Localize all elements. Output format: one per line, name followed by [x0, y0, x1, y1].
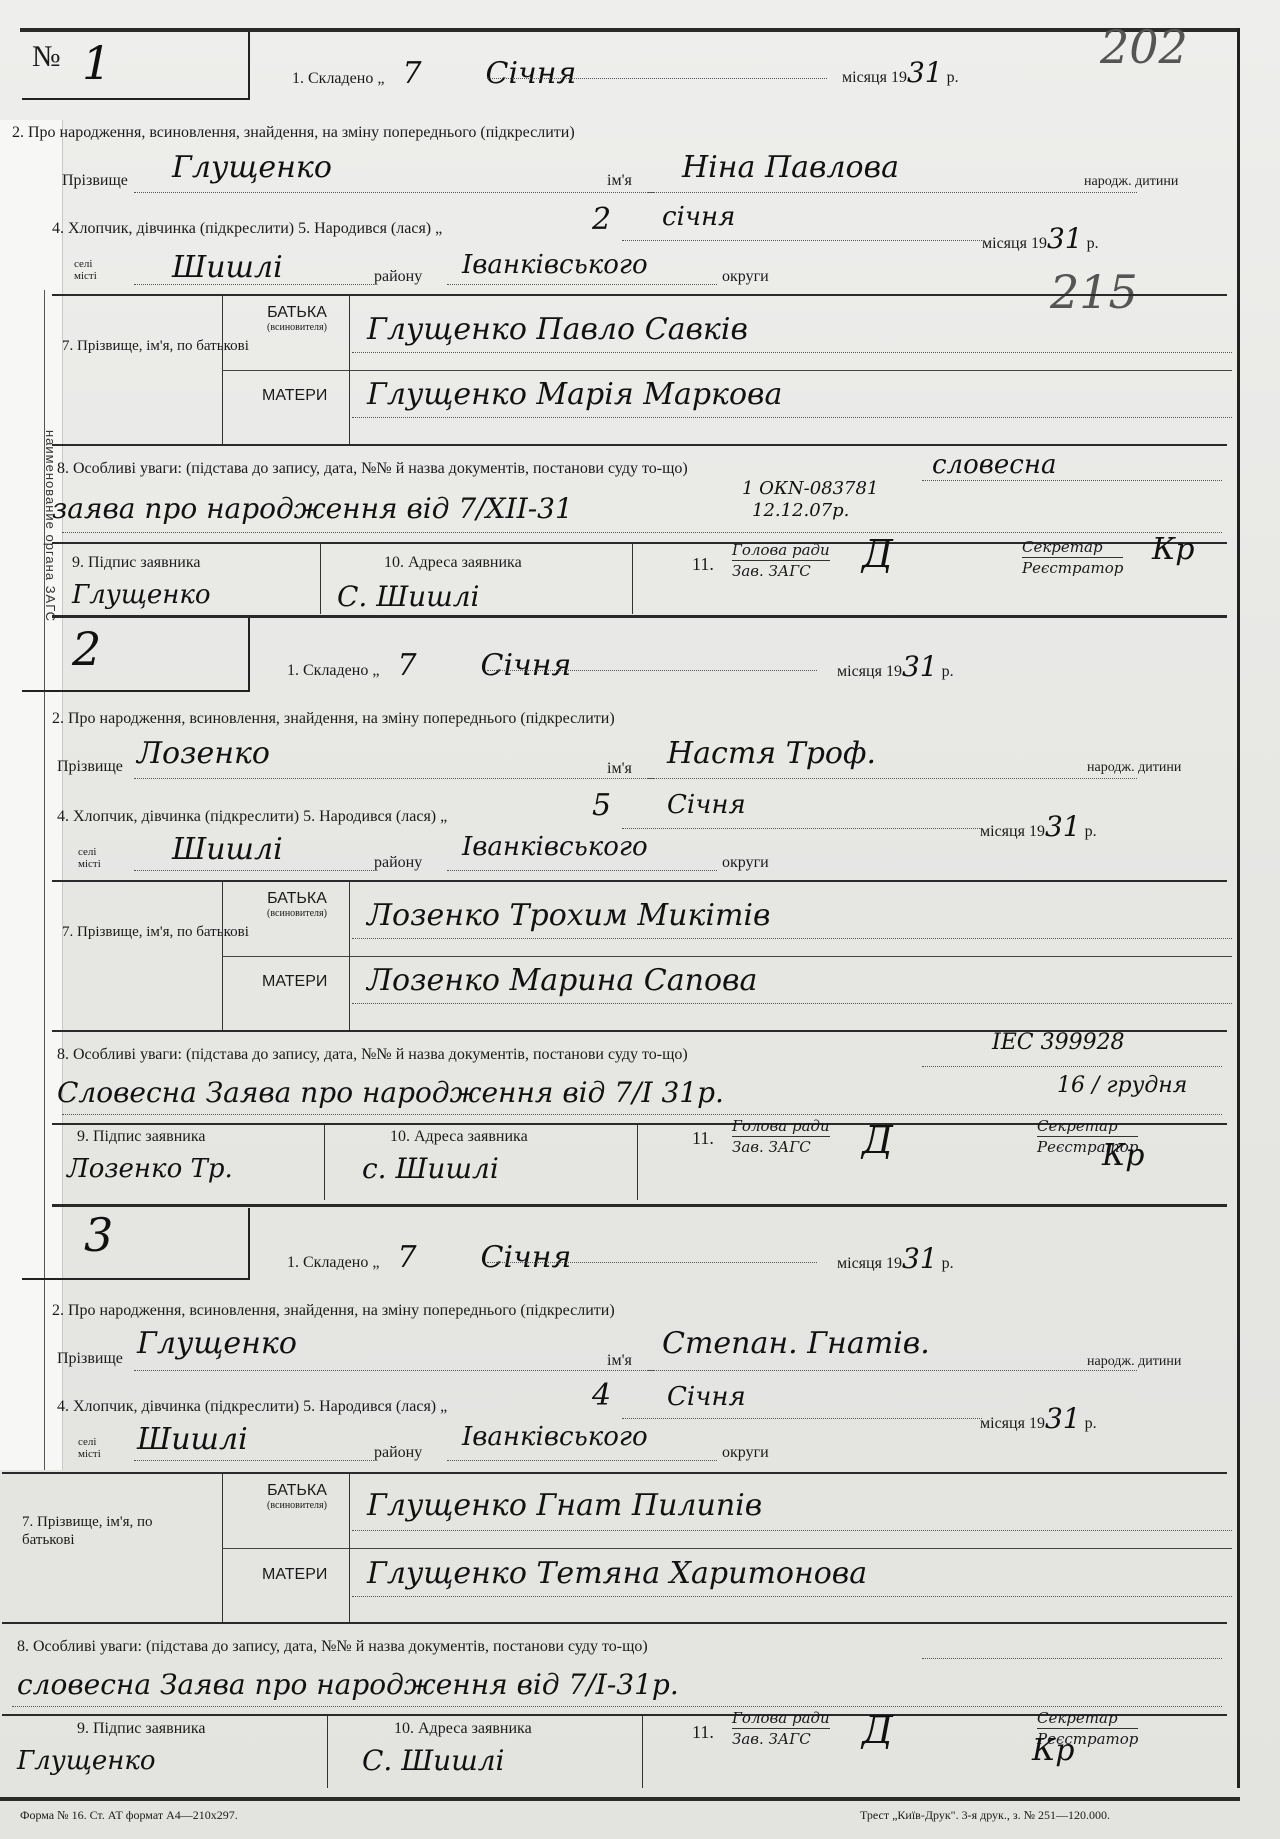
remarks-annotation-1: 1 ОКN-083781 — [742, 478, 878, 499]
birth-month: Січня — [667, 1382, 746, 1412]
sign-num: 11. — [692, 1722, 714, 1743]
birth-year-suffix: р. — [1085, 823, 1097, 840]
head-label: Голова ради — [732, 1708, 830, 1729]
child-birth-label: народж. дитини — [1084, 174, 1178, 190]
about-line: 2. Про народження, всиновлення, знайденн… — [52, 710, 615, 728]
father-label: БАТЬКА — [242, 304, 352, 322]
district-value: Іванківського — [462, 1422, 648, 1452]
remarks-annotation-2: 12.12.07р. — [752, 500, 849, 521]
remarks-line2: Словесна Заява про народження від 7/I 31… — [57, 1076, 724, 1109]
birth-month: січня — [662, 202, 735, 232]
gender-label: 4. Хлопчик, дівчинка (підкреслити) 5. На… — [57, 808, 447, 826]
registrar-label: Реєстратор — [1022, 558, 1123, 578]
father-value: Глущенко Гнат Пилипів — [367, 1488, 762, 1523]
bottom-rule — [0, 1797, 1240, 1801]
month-year-label: місяця 19 — [842, 69, 907, 86]
district-label: району — [374, 854, 422, 872]
surname-value: Лозенко — [137, 736, 270, 771]
village-label: селі — [74, 258, 92, 270]
remarks-label: 8. Особливі уваги: (підстава до запису, … — [57, 1046, 688, 1064]
mother-value: Глущенко Тетяна Харитонова — [367, 1556, 867, 1591]
birth-year: 31 — [1045, 1402, 1081, 1435]
remarks-line1: словесна — [932, 450, 1056, 480]
father-label: БАТЬКА — [242, 1482, 352, 1500]
composed-month: Січня — [481, 648, 572, 683]
sign-num: 11. — [692, 554, 714, 575]
village-value: Шишлі — [137, 1422, 248, 1457]
registrar-signature: Кр — [1102, 1138, 1144, 1173]
birth-year: 31 — [1047, 222, 1083, 255]
village-value: Шишлі — [172, 250, 283, 285]
applicant-address-label: 10. Адреса заявника — [384, 554, 522, 572]
head-signature: Д — [862, 1708, 893, 1752]
head-signature: Д — [862, 1118, 893, 1162]
applicant-address-label: 10. Адреса заявника — [390, 1128, 528, 1146]
composed-label: 1. Складено „ — [287, 1254, 379, 1271]
village-value: Шишлі — [172, 832, 283, 867]
surname-label: Прізвище — [57, 758, 123, 776]
father-sub-label: (всиновителя) — [242, 908, 352, 919]
remarks-line2: словесна Заява про народження від 7/I-31… — [17, 1668, 679, 1701]
city-label: місті — [74, 270, 97, 282]
year-suffix: р. — [942, 1255, 954, 1272]
remarks-line2: заява про народження від 7/XII-31 — [52, 492, 573, 525]
composed-month: Січня — [481, 1240, 572, 1275]
applicant-signature-label: 9. Підпис заявника — [72, 554, 200, 572]
parents-label: 7. Прізвище, ім'я, по батькові — [22, 1513, 202, 1549]
mother-label: МАТЕРИ — [262, 973, 327, 991]
composed-year: 31 — [907, 56, 943, 89]
birth-month-year-label: місяця 19 — [982, 235, 1047, 252]
father-value: Глущенко Павло Савків — [367, 312, 748, 347]
about-line: 2. Про народження, всиновлення, знайденн… — [12, 124, 575, 142]
record-number: 1 — [82, 36, 111, 90]
sign-num: 11. — [692, 1128, 714, 1149]
okrug-label: округи — [722, 268, 769, 286]
applicant-signature-value: Глущенко — [17, 1746, 156, 1776]
record-number-box: 2 — [22, 618, 250, 692]
year-suffix: р. — [947, 69, 959, 86]
surname-value: Глущенко — [137, 1326, 297, 1361]
applicant-signature-label: 9. Підпис заявника — [77, 1720, 205, 1738]
record-number-box: № 1 — [22, 32, 250, 100]
secretary-label: Секретар — [1037, 1116, 1138, 1137]
given-name-value: Ніна Павлова — [682, 150, 899, 185]
birth-month-year-label: місяця 19 — [980, 1415, 1045, 1432]
remarks-annotation-2: 16 / грудня — [1057, 1073, 1187, 1098]
surname-label: Прізвище — [62, 172, 128, 190]
city-label: місті — [78, 858, 101, 870]
record-3: 3 1. Складено „ 7 Січня місяця 1931 р. 2… — [62, 1208, 1237, 1798]
surname-label: Прізвище — [57, 1350, 123, 1368]
name-label: ім'я — [607, 1352, 632, 1370]
birth-year-suffix: р. — [1085, 1415, 1097, 1432]
composed-label: 1. Складено „ — [292, 70, 384, 87]
applicant-signature-value: Глущенко — [72, 580, 211, 610]
birth-day: 4 — [592, 1378, 611, 1413]
form-number-footer: Форма № 16. Ст. АТ формат А4—210х297. — [20, 1808, 238, 1823]
head-sub-label: Зав. ЗАГС — [732, 1137, 830, 1157]
composed-day: 7 — [397, 1240, 416, 1275]
birth-day: 2 — [592, 202, 611, 237]
city-label: місті — [78, 1448, 101, 1460]
father-sub-label: (всиновителя) — [242, 322, 352, 333]
remarks-label: 8. Особливі уваги: (підстава до запису, … — [57, 460, 688, 478]
document-page: наименование органа ЗАГС 202 215 № 1 1. … — [0, 0, 1280, 1839]
district-value: Іванківського — [462, 250, 648, 280]
composed-day: 7 — [402, 56, 421, 91]
composed-label: 1. Складено „ — [287, 662, 379, 679]
father-value: Лозенко Трохим Микітів — [367, 898, 770, 933]
composed-month: Січня — [486, 56, 577, 91]
mother-value: Глущенко Марія Маркова — [367, 377, 782, 412]
composed-year: 31 — [902, 1242, 938, 1275]
record-number: 3 — [84, 1208, 113, 1262]
applicant-address-value: с. Шишлі — [362, 1152, 499, 1185]
record-2: 2 1. Складено „ 7 Січня місяця 1931 р. 2… — [62, 618, 1237, 1208]
child-birth-label: народж. дитини — [1087, 1354, 1181, 1370]
birth-year: 31 — [1045, 810, 1081, 843]
registrar-signature: Кр — [1152, 532, 1194, 567]
record-1: № 1 1. Складено „ 7 Січня місяця 1931 р.… — [62, 32, 1237, 612]
applicant-address-value: С. Шишлі — [362, 1744, 505, 1777]
about-line: 2. Про народження, всиновлення, знайденн… — [52, 1302, 615, 1320]
record-number-box: 3 — [22, 1208, 250, 1280]
mother-label: МАТЕРИ — [262, 387, 327, 405]
secretary-label: Секретар — [1022, 537, 1123, 558]
head-label: Голова ради — [732, 1116, 830, 1137]
parents-label: 7. Прізвище, ім'я, по батькові — [62, 923, 249, 941]
surname-value: Глущенко — [172, 150, 332, 185]
given-name-value: Степан. Гнатів. — [662, 1326, 930, 1361]
father-label: БАТЬКА — [242, 890, 352, 908]
composed-day: 7 — [397, 648, 416, 683]
applicant-signature-value: Лозенко Тр. — [67, 1154, 233, 1184]
year-suffix: р. — [942, 663, 954, 680]
number-sign: № — [32, 40, 61, 74]
applicant-address-label: 10. Адреса заявника — [394, 1720, 532, 1738]
father-sub-label: (всиновителя) — [242, 1500, 352, 1511]
applicant-address-value: С. Шишлі — [337, 580, 480, 613]
district-value: Іванківського — [462, 832, 648, 862]
birth-month: Січня — [667, 790, 746, 820]
registrar-signature: Кр — [1032, 1733, 1074, 1768]
applicant-signature-label: 9. Підпис заявника — [77, 1128, 205, 1146]
mother-label: МАТЕРИ — [262, 1566, 327, 1584]
secretary-label: Секретар — [1037, 1708, 1138, 1729]
head-label: Голова ради — [732, 540, 830, 561]
month-year-label: місяця 19 — [837, 1255, 902, 1272]
head-signature: Д — [862, 532, 893, 576]
gender-label: 4. Хлопчик, дівчинка (підкреслити) 5. На… — [52, 220, 442, 238]
birth-day: 5 — [592, 788, 611, 823]
birth-year-suffix: р. — [1087, 235, 1099, 252]
district-label: району — [374, 1444, 422, 1462]
mother-value: Лозенко Марина Сапова — [367, 963, 757, 998]
head-sub-label: Зав. ЗАГС — [732, 561, 830, 581]
village-label: селі — [78, 1436, 96, 1448]
remarks-annotation-1: ІЕС 399928 — [992, 1030, 1125, 1055]
composed-year: 31 — [902, 650, 938, 683]
village-label: селі — [78, 846, 96, 858]
okrug-label: округи — [722, 1444, 769, 1462]
birth-month-year-label: місяця 19 — [980, 823, 1045, 840]
month-year-label: місяця 19 — [837, 663, 902, 680]
given-name-value: Настя Троф. — [667, 736, 876, 771]
head-sub-label: Зав. ЗАГС — [732, 1729, 830, 1749]
remarks-label: 8. Особливі уваги: (підстава до запису, … — [17, 1638, 648, 1656]
gender-label: 4. Хлопчик, дівчинка (підкреслити) 5. На… — [57, 1398, 447, 1416]
record-number: 2 — [72, 622, 101, 676]
name-label: ім'я — [607, 760, 632, 778]
district-label: району — [374, 268, 422, 286]
name-label: ім'я — [607, 172, 632, 190]
child-birth-label: народж. дитини — [1087, 760, 1181, 776]
printer-footer: Трест „Київ-Друк". 3-я друк., з. № 251—1… — [860, 1808, 1110, 1823]
okrug-label: округи — [722, 854, 769, 872]
parents-label: 7. Прізвище, ім'я, по батькові — [62, 337, 249, 355]
